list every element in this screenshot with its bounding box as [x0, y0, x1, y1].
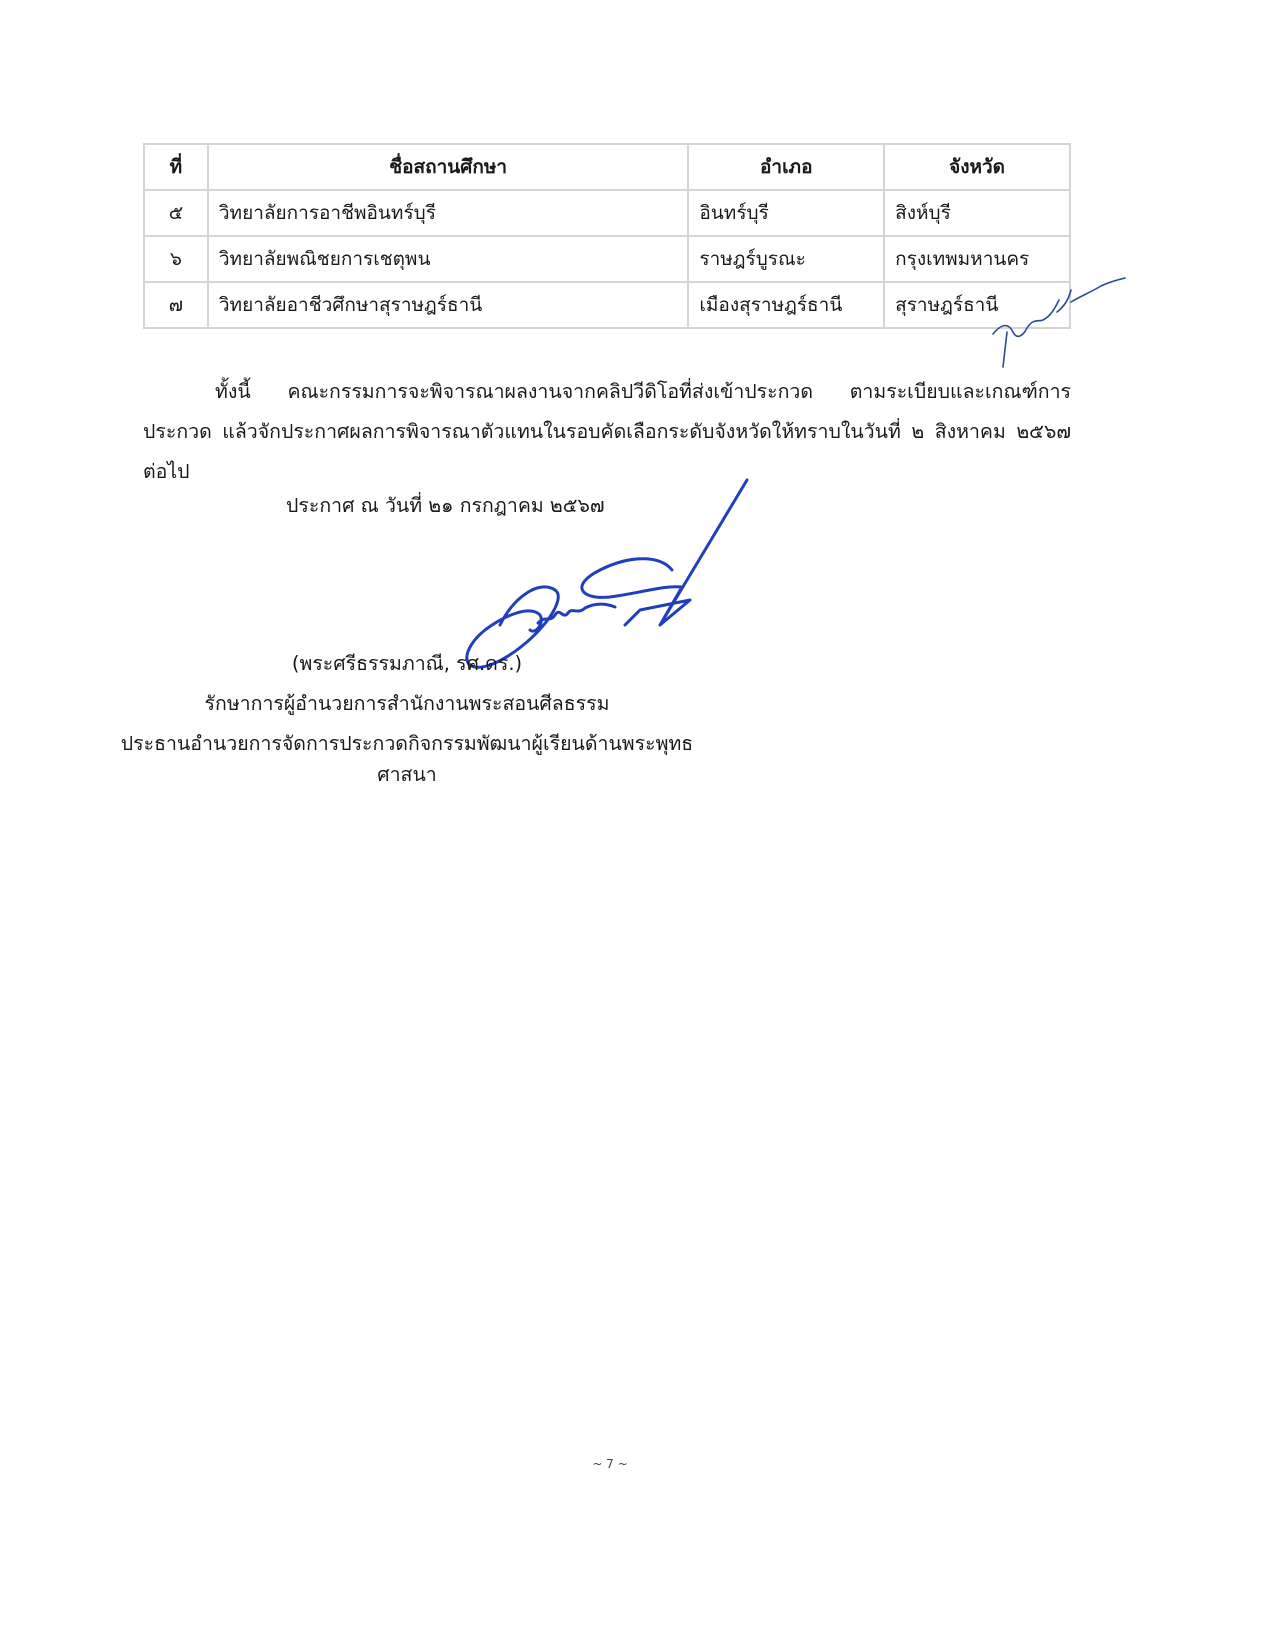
header-province: จังหวัด [884, 144, 1070, 190]
cell-no: ๗ [144, 282, 208, 328]
cell-school-name: วิทยาลัยอาชีวศึกษาสุราษฎร์ธานี [208, 282, 689, 328]
schools-table: ที่ ชื่อสถานศึกษา อำเภอ จังหวัด ๕ วิทยาล… [143, 143, 1071, 329]
header-district: อำเภอ [688, 144, 884, 190]
header-school-name: ชื่อสถานศึกษา [208, 144, 689, 190]
header-no: ที่ [144, 144, 208, 190]
signatory-role: ประธานอำนวยการจัดการประกวดกิจกรรมพัฒนาผู… [107, 728, 707, 790]
table-row: ๕ วิทยาลัยการอาชีพอินทร์บุรี อินทร์บุรี … [144, 190, 1070, 236]
cell-no: ๖ [144, 236, 208, 282]
table-header-row: ที่ ชื่อสถานศึกษา อำเภอ จังหวัด [144, 144, 1070, 190]
cell-province: สิงห์บุรี [884, 190, 1070, 236]
signatory-name: (พระศรีธรรมภาณี, รศ.ดร.) [107, 648, 707, 679]
page-number: ~ 7 ~ [0, 1457, 1220, 1471]
body-paragraph: ทั้งนี้ คณะกรรมการจะพิจารณาผลงานจากคลิปว… [143, 372, 1071, 492]
cell-district: ราษฎร์บูรณะ [688, 236, 884, 282]
signatory-title: รักษาการผู้อำนวยการสำนักงานพระสอนศีลธรรม [107, 688, 707, 719]
cell-district: เมืองสุราษฎร์ธานี [688, 282, 884, 328]
paragraph-line: ทั้งนี้ คณะกรรมการจะพิจารณาผลงานจากคลิปว… [143, 372, 1071, 412]
table-row: ๗ วิทยาลัยอาชีวศึกษาสุราษฎร์ธานี เมืองสุ… [144, 282, 1070, 328]
cell-district: อินทร์บุรี [688, 190, 884, 236]
cell-school-name: วิทยาลัยพณิชยการเชตุพน [208, 236, 689, 282]
initials-mark-icon [985, 262, 1135, 372]
document-page: ที่ ชื่อสถานศึกษา อำเภอ จังหวัด ๕ วิทยาล… [0, 0, 1275, 1650]
cell-no: ๕ [144, 190, 208, 236]
paragraph-line: ประกวด แล้วจักประกาศผลการพิจารณาตัวแทนใน… [143, 412, 1071, 452]
table-row: ๖ วิทยาลัยพณิชยการเชตุพน ราษฎร์บูรณะ กรุ… [144, 236, 1070, 282]
cell-school-name: วิทยาลัยการอาชีพอินทร์บุรี [208, 190, 689, 236]
